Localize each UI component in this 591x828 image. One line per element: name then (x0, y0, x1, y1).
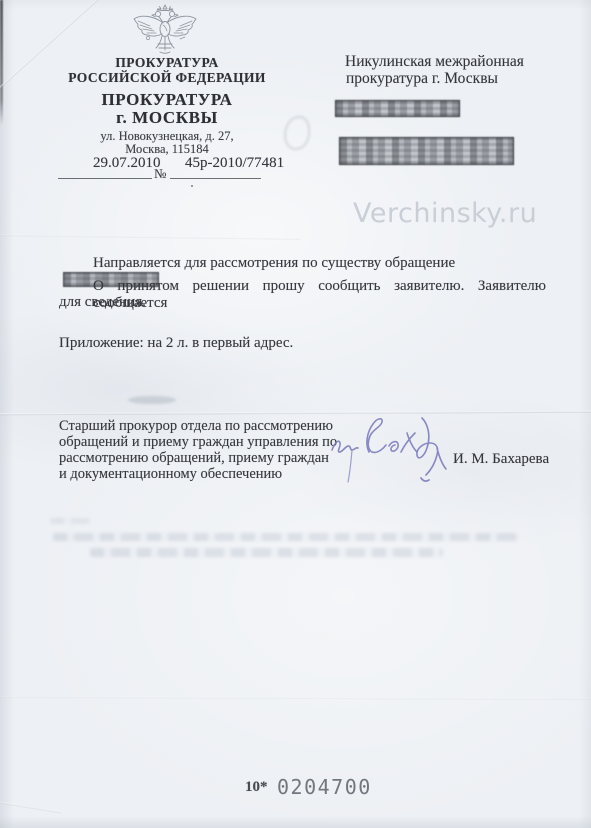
corner-crease-bottom (0, 801, 62, 814)
horizontal-crease (0, 411, 591, 416)
footer-code-number: 0204700 (277, 775, 372, 799)
letterhead-date: 29.07.2010 (93, 155, 161, 172)
signature-scribble (325, 406, 460, 488)
stray-dot (191, 185, 193, 187)
faint-crease (0, 234, 300, 239)
letterhead-org-line1: ПРОКУРАТУРА (58, 55, 276, 71)
bleed-through-line1 (53, 533, 520, 541)
body-paragraph-2-line2: для сведения. (59, 294, 146, 311)
recipient-line2: прокуратура г. Москвы (346, 70, 498, 88)
footer-code-prefix: 10* (245, 779, 268, 796)
signoff-title-line2: обращений и приему граждан управления по (59, 435, 337, 451)
date-underline-left (58, 178, 152, 179)
signoff-title-line3: рассмотрению обращений, приему граждан (59, 451, 329, 467)
signoff-title-line4: и документационному обеспечению (59, 467, 282, 483)
bleed-through-line2 (90, 548, 443, 557)
letterhead-doc-number: 45р-2010/77481 (185, 155, 284, 172)
attachment-line: Приложение: на 2 л. в первый адрес. (59, 335, 293, 352)
watermark-text: Verchinsky.ru (353, 198, 537, 229)
signoff-name: И. М. Бахарева (453, 451, 549, 468)
body-paragraph-1: Направляется для рассмотрения по существ… (59, 255, 455, 271)
date-underline-right (170, 178, 261, 179)
recipient-line1: Никулинская межрайонная (345, 53, 524, 71)
letterhead-number-sign: № (154, 166, 166, 182)
ink-smudge (284, 116, 310, 150)
scanned-letter-page: { "document_type": "scanned-prosecutor-l… (0, 0, 591, 828)
redacted-block-1 (335, 100, 460, 117)
signoff-title-line1: Старший прокурор отдела по рассмотрению (59, 419, 333, 435)
letterhead-division-line1: ПРОКУРАТУРА (58, 90, 276, 110)
redacted-block-2 (339, 137, 514, 165)
faint-smudge (128, 396, 176, 404)
bleed-through-fragment (50, 518, 90, 524)
letterhead-division-line2: г. МОСКВЫ (58, 108, 276, 128)
coat-of-arms-icon (128, 4, 202, 54)
scan-edge-strip (0, 0, 3, 125)
letterhead-org-line2: РОССИЙСКОЙ ФЕДЕРАЦИИ (58, 70, 276, 86)
faint-crease-lower (0, 696, 591, 700)
